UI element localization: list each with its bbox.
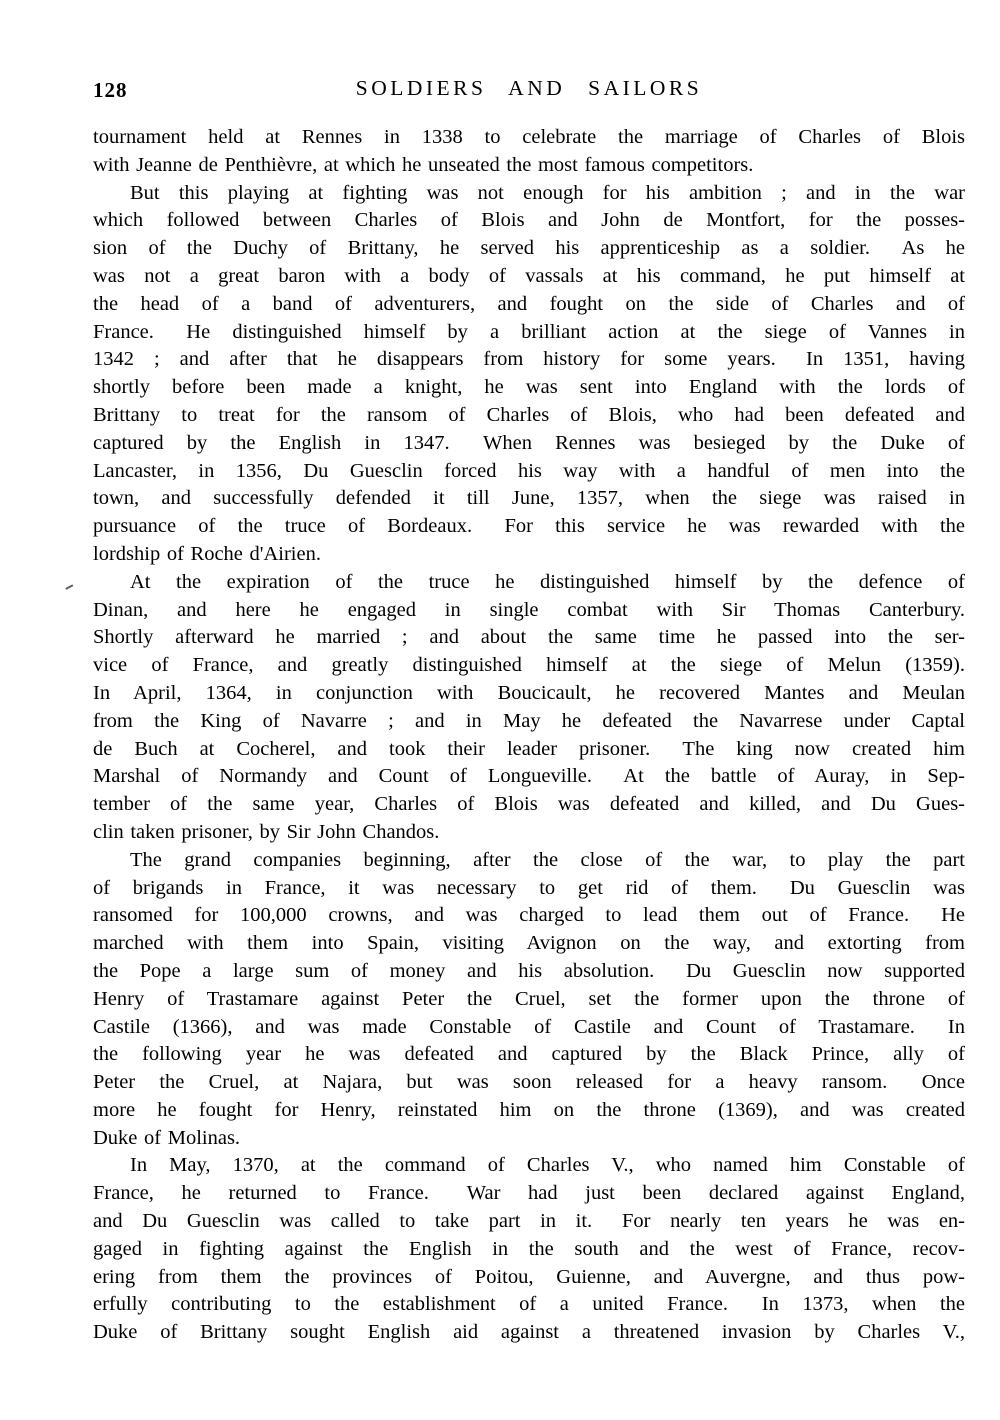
text-line: Peter the Cruel, at Najara, but was soon… [93, 1069, 965, 1097]
text-line: captured by the English in 1347. When Re… [93, 430, 965, 458]
page-number: 128 [93, 78, 128, 103]
text-line: gaged in fighting against the English in… [93, 1236, 965, 1264]
text-line: from the King of Navarre ; and in May he… [93, 708, 965, 736]
text-line: tember of the same year, Charles of Bloi… [93, 791, 965, 819]
text-line: pursuance of the truce of Bordeaux. For … [93, 513, 965, 541]
text-line: ransomed for 100,000 crowns, and was cha… [93, 902, 965, 930]
text-line: which followed between Charles of Blois … [93, 207, 965, 235]
text-line: vice of France, and greatly distinguishe… [93, 652, 965, 680]
text-line: de Buch at Cocherel, and took their lead… [93, 736, 965, 764]
text-line: was not a great baron with a body of vas… [93, 263, 965, 291]
text-line: sion of the Duchy of Brittany, he served… [93, 235, 965, 263]
text-line: Brittany to treat for the ransom of Char… [93, 402, 965, 430]
text-line: with Jeanne de Penthièvre, at which he u… [93, 152, 965, 180]
text-line: ering from them the provinces of Poitou,… [93, 1264, 965, 1292]
text-line: Duke of Brittany sought English aid agai… [93, 1319, 965, 1347]
text-line: the following year he was defeated and c… [93, 1041, 965, 1069]
text-line: shortly before been made a knight, he wa… [93, 374, 965, 402]
text-line: At the expiration of the truce he distin… [93, 569, 965, 597]
text-line: In May, 1370, at the command of Charles … [93, 1152, 965, 1180]
text-line: Duke of Molinas. [93, 1125, 965, 1153]
text-line: clin taken prisoner, by Sir John Chandos… [93, 819, 965, 847]
running-head: 128 SOLDIERS AND SAILORS [93, 76, 965, 102]
text-line: Dinan, and here he engaged in single com… [93, 597, 965, 625]
text-line: tournament held at Rennes in 1338 to cel… [93, 124, 965, 152]
text-line: France, he returned to France. War had j… [93, 1180, 965, 1208]
scan-artifact-mark [65, 584, 74, 592]
text-line: Castile (1366), and was made Constable o… [93, 1014, 965, 1042]
text-line: marched with them into Spain, visiting A… [93, 930, 965, 958]
text-line: 1342 ; and after that he disappears from… [93, 346, 965, 374]
page-body: tournament held at Rennes in 1338 to cel… [93, 124, 965, 1347]
text-line: erfully contributing to the establishmen… [93, 1291, 965, 1319]
text-line: town, and successfully defended it till … [93, 485, 965, 513]
text-line: But this playing at fighting was not eno… [93, 180, 965, 208]
text-line: lordship of Roche d'Airien. [93, 541, 965, 569]
text-line: In April, 1364, in conjunction with Bouc… [93, 680, 965, 708]
text-line: the Pope a large sum of money and his ab… [93, 958, 965, 986]
text-line: France. He distinguished himself by a br… [93, 319, 965, 347]
text-line: and Du Guesclin was called to take part … [93, 1208, 965, 1236]
text-line: Lancaster, in 1356, Du Guesclin forced h… [93, 458, 965, 486]
text-line: more he fought for Henry, reinstated him… [93, 1097, 965, 1125]
text-line: The grand companies beginning, after the… [93, 847, 965, 875]
running-title: SOLDIERS AND SAILORS [93, 76, 965, 101]
book-page: 128 SOLDIERS AND SAILORS tournament held… [0, 0, 1000, 1420]
text-line: the head of a band of adventurers, and f… [93, 291, 965, 319]
text-line: Marshal of Normandy and Count of Longuev… [93, 763, 965, 791]
text-line: Shortly afterward he married ; and about… [93, 624, 965, 652]
text-line: Henry of Trastamare against Peter the Cr… [93, 986, 965, 1014]
text-line: of brigands in France, it was necessary … [93, 875, 965, 903]
